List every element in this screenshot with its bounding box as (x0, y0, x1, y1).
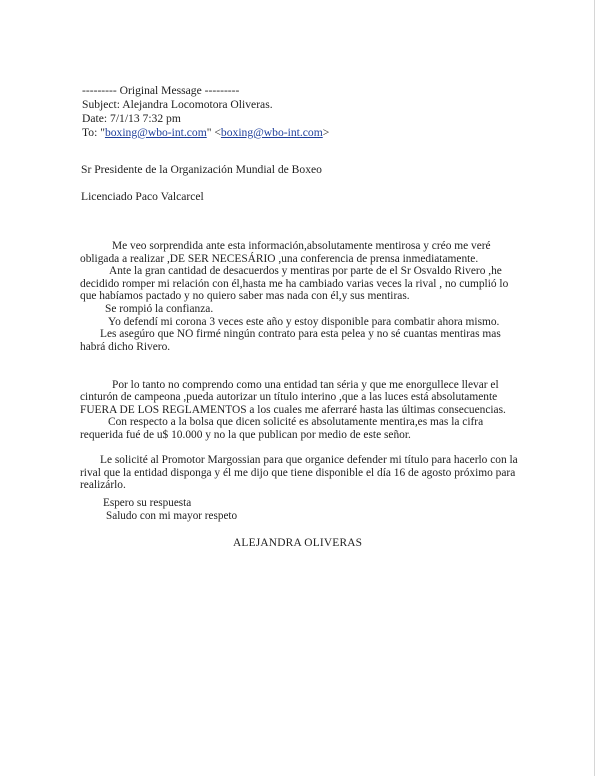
recipient-name: Licenciado Paco Valcarcel (81, 190, 322, 204)
body-line: Ante la gran cantidad de desacuerdos y m… (80, 265, 580, 278)
blank-line (80, 442, 580, 455)
date-label: Date: (82, 112, 110, 125)
body-line: FUERA DE LOS REGLAMENTOS a los cuales me… (80, 404, 580, 417)
body-line: que habíamos pactado y no quiero saber m… (80, 290, 580, 303)
salutation: Sr Presidente de la Organización Mundial… (81, 163, 322, 204)
to-name-link[interactable]: boxing@wbo-int.com (105, 126, 207, 139)
body-line: cinturón de campeona ,pueda autorizar un… (80, 391, 580, 404)
to-quote-close: " < (207, 126, 221, 139)
recipient-line: Sr Presidente de la Organización Mundial… (81, 163, 322, 177)
signature: ALEJANDRA OLIVERAS (233, 536, 362, 550)
body-line: habrá dicho Rivero. (80, 341, 580, 354)
email-header: --------- Original Message --------- Sub… (82, 84, 329, 140)
body-line: Le solicité al Promotor Margossian para … (80, 454, 580, 467)
body-line: Les asegúro que NO firmé ningún contrato… (80, 328, 580, 341)
body-line: Con respecto a la bolsa que dicen solici… (80, 416, 580, 429)
subject-value: Alejandra Locomotora Oliveras. (122, 98, 272, 111)
closing: Espero su respuesta Saludo con mi mayor … (103, 497, 237, 523)
body-line: realizárlo. (80, 479, 580, 492)
body-line: Se rompió la confianza. (80, 303, 580, 316)
closing-line-2: Saludo con mi mayor respeto (103, 510, 237, 523)
letter-body: Me veo sorprendida ante esta información… (80, 240, 580, 492)
to-email-link[interactable]: boxing@wbo-int.com (221, 126, 323, 139)
subject-line: Subject: Alejandra Locomotora Oliveras. (82, 98, 329, 112)
subject-label: Subject: (82, 98, 122, 111)
body-line: Por lo tanto no comprendo como una entid… (80, 379, 580, 392)
date-value: 7/1/13 7:32 pm (110, 112, 181, 125)
body-line: rival que la entidad disponga y él me di… (80, 467, 580, 480)
original-message-divider: --------- Original Message --------- (82, 84, 329, 98)
body-line: Me veo sorprendida ante esta información… (80, 240, 580, 253)
to-label: To: (82, 126, 100, 139)
to-angle-close: > (323, 126, 330, 139)
blank-line (80, 366, 580, 379)
closing-line-1: Espero su respuesta (103, 497, 237, 510)
body-line: decidido romper mi relación con él,hasta… (80, 278, 580, 291)
scan-edge-line (594, 0, 595, 776)
to-line: To: "boxing@wbo-int.com" <boxing@wbo-int… (82, 126, 329, 140)
blank-line (80, 353, 580, 366)
body-line: Yo defendí mi corona 3 veces este año y … (80, 316, 580, 329)
body-line: requerida fué de u$ 10.000 y no la que p… (80, 429, 580, 442)
date-line: Date: 7/1/13 7:32 pm (82, 112, 329, 126)
body-line: obligada a realizar ,DE SER NECESÁRIO ,u… (80, 253, 580, 266)
